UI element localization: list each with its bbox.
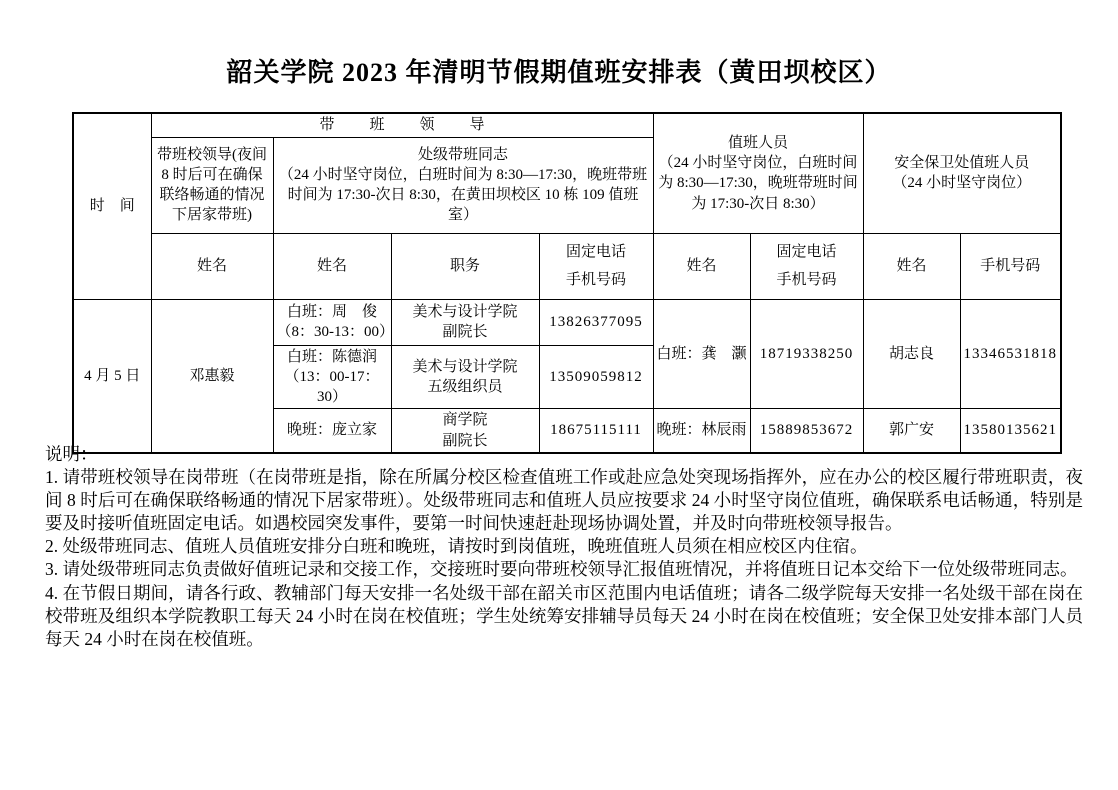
header-security-personnel: 安全保卫处值班人员 （24 小时坚守岗位） bbox=[863, 113, 1061, 233]
division-desc: （24 小时坚守岗位，白班时间为 8:30—17:30，晚班带班时间为 17:3… bbox=[277, 165, 650, 226]
header-mobile-security: 手机号码 bbox=[960, 233, 1061, 299]
header-name-security: 姓名 bbox=[863, 233, 960, 299]
page-title: 韶关学院 2023 年清明节假期值班安排表（黄田坝校区） bbox=[0, 52, 1118, 89]
position-line2: 五级组织员 bbox=[395, 377, 536, 397]
cell-date: 4 月 5 日 bbox=[73, 299, 151, 453]
cell-division-shift-name: 白班：周 俊 （8：30-13：00） bbox=[273, 299, 391, 345]
header-duty-personnel: 值班人员 （24 小时坚守岗位，白班时间为 8:30—17:30，晚班带班时间为… bbox=[653, 113, 863, 233]
header-landline-division: 固定电话 手机号码 bbox=[539, 233, 653, 299]
duty-title: 值班人员 bbox=[657, 133, 860, 153]
cell-security-day-name: 胡志良 bbox=[863, 299, 960, 409]
duty-schedule-table: 时 间 带 班 领 导 值班人员 （24 小时坚守岗位，白班时间为 8:30—1… bbox=[72, 112, 1062, 454]
table-row: 4 月 5 日 邓惠毅 白班：周 俊 （8：30-13：00） 美术与设计学院 … bbox=[73, 299, 1061, 345]
notes-section: 说明： 1. 请带班校领导在岗带班（在岗带班是指，除在所属分校区检查值班工作或赴… bbox=[45, 443, 1083, 651]
header-school-leader: 带班校领导(夜间 8 时后可在确保联络畅通的情况下居家带班) bbox=[151, 137, 273, 233]
security-desc: （24 小时坚守岗位） bbox=[867, 173, 1058, 193]
cell-security-day-phone: 13346531818 bbox=[960, 299, 1061, 409]
note-item-4: 4. 在节假日期间，请各行政、教辅部门每天安排一名处级干部在韶关市区范围内电话值… bbox=[45, 582, 1083, 651]
cell-division-phone: 13509059812 bbox=[539, 345, 653, 409]
cell-school-leader-name: 邓惠毅 bbox=[151, 299, 273, 453]
landline-line2: 手机号码 bbox=[543, 266, 650, 295]
landline-line1: 固定电话 bbox=[543, 238, 650, 267]
shift-name-line1: 白班：周 俊 bbox=[277, 302, 388, 322]
cell-division-position: 美术与设计学院 副院长 bbox=[391, 299, 539, 345]
header-division-leader: 处级带班同志 （24 小时坚守岗位，白班时间为 8:30—17:30，晚班带班时… bbox=[273, 137, 653, 233]
shift-name-line2: （13：00-17：30） bbox=[277, 367, 388, 408]
position-line1: 美术与设计学院 bbox=[395, 357, 536, 377]
landline-line2: 手机号码 bbox=[754, 266, 860, 295]
cell-duty-day-phone: 18719338250 bbox=[750, 299, 863, 409]
position-line1: 商学院 bbox=[395, 410, 536, 430]
cell-division-shift-name: 白班：陈德润 （13：00-17：30） bbox=[273, 345, 391, 409]
duty-desc: （24 小时坚守岗位，白班时间为 8:30—17:30，晚班带班时间为 17:3… bbox=[657, 153, 860, 214]
shift-name-line2: （8：30-13：00） bbox=[277, 322, 388, 342]
note-item-3: 3. 请处级带班同志负责做好值班记录和交接工作，交接班时要向带班校领导汇报值班情… bbox=[45, 558, 1083, 581]
note-item-2: 2. 处级带班同志、值班人员值班安排分白班和晚班，请按时到岗值班，晚班值班人员须… bbox=[45, 535, 1083, 558]
header-landline-duty: 固定电话 手机号码 bbox=[750, 233, 863, 299]
header-lead-group: 带 班 领 导 bbox=[151, 113, 653, 137]
note-item-1: 1. 请带班校领导在岗带班（在岗带班是指，除在所属分校区检查值班工作或赴应急处突… bbox=[45, 466, 1083, 535]
header-name-school-leader: 姓名 bbox=[151, 233, 273, 299]
shift-name-line1: 白班：陈德润 bbox=[277, 347, 388, 367]
header-name-division: 姓名 bbox=[273, 233, 391, 299]
cell-division-position: 美术与设计学院 五级组织员 bbox=[391, 345, 539, 409]
header-name-duty: 姓名 bbox=[653, 233, 750, 299]
header-time: 时 间 bbox=[73, 113, 151, 299]
division-title: 处级带班同志 bbox=[277, 145, 650, 165]
notes-label: 说明： bbox=[45, 443, 1083, 466]
security-title: 安全保卫处值班人员 bbox=[867, 153, 1058, 173]
cell-division-phone: 13826377095 bbox=[539, 299, 653, 345]
cell-duty-day-name: 白班：龚 灏 bbox=[653, 299, 750, 409]
landline-line1: 固定电话 bbox=[754, 238, 860, 267]
position-line2: 副院长 bbox=[395, 322, 536, 342]
position-line1: 美术与设计学院 bbox=[395, 302, 536, 322]
header-position: 职务 bbox=[391, 233, 539, 299]
